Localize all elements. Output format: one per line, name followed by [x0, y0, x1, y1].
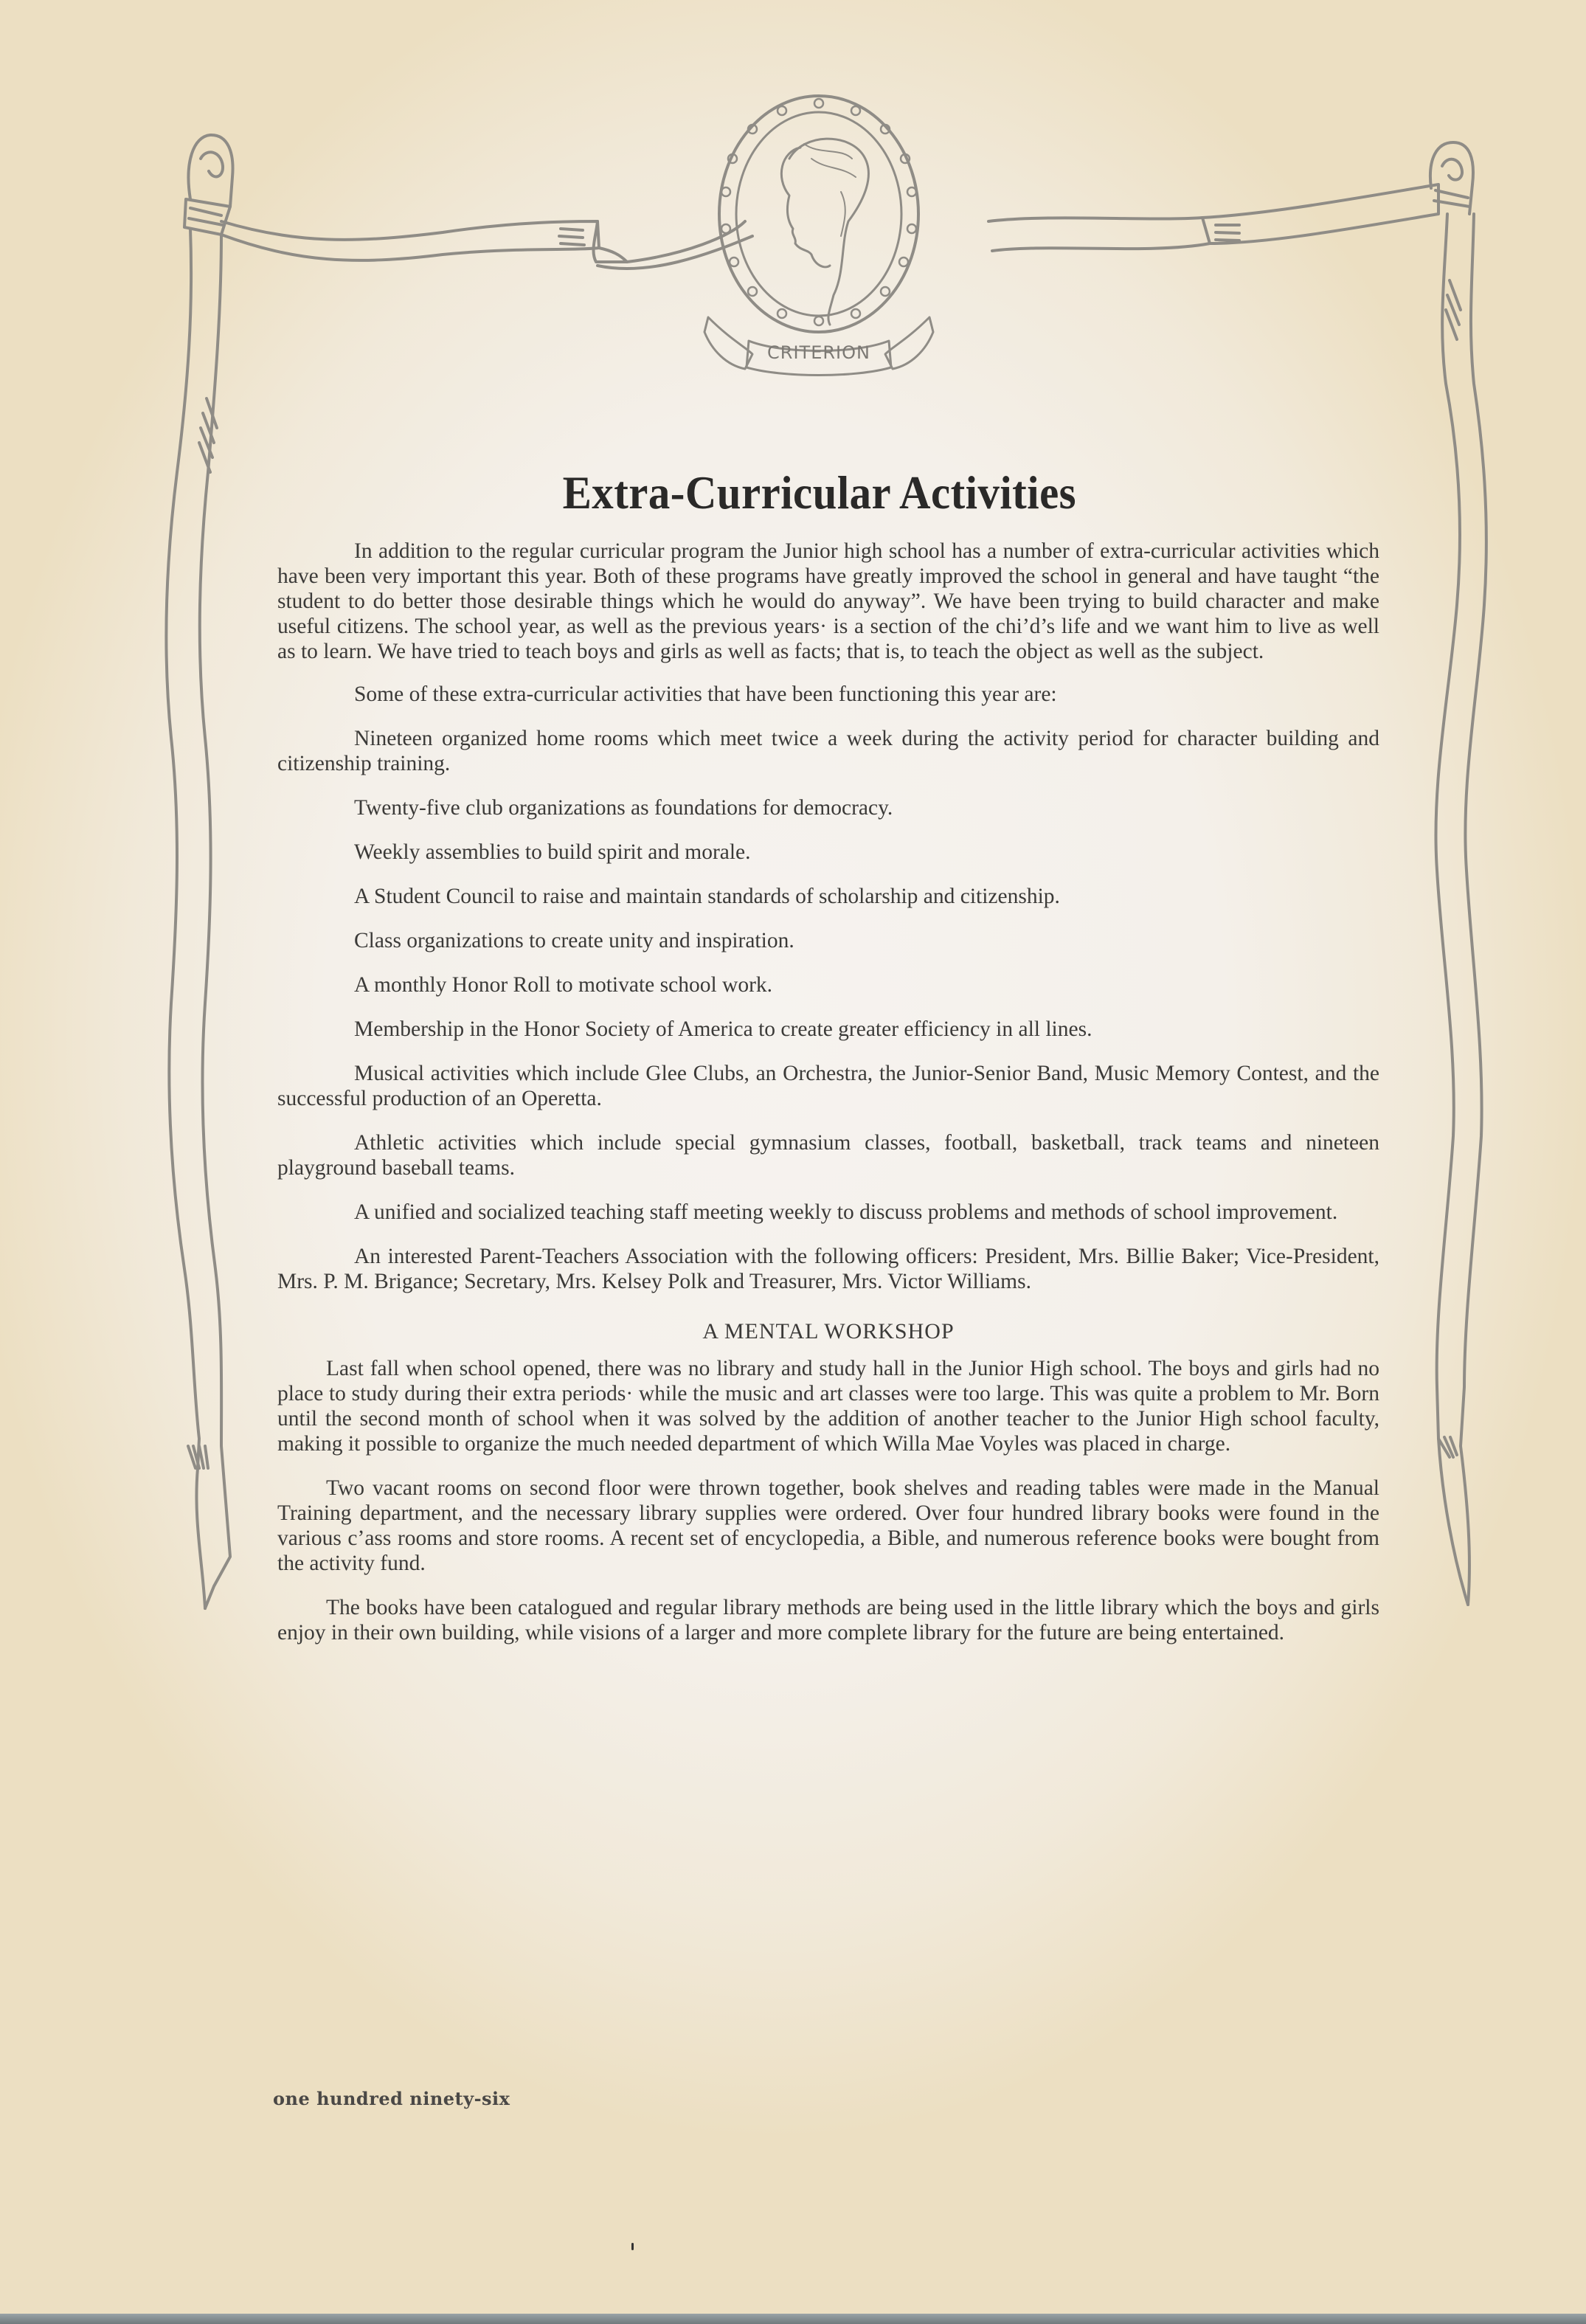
activities-list: Nineteen organized home rooms which meet…	[277, 726, 1379, 1294]
activity-item: Nineteen organized home rooms which meet…	[277, 726, 1379, 776]
workshop-paragraph: Last fall when school opened, there was …	[277, 1356, 1379, 1456]
ink-speck	[631, 2243, 634, 2250]
workshop-paragraph: Two vacant rooms on second floor were th…	[277, 1476, 1379, 1576]
emblem-banner-text: CRITERION	[749, 342, 889, 363]
activity-item: A Student Council to raise and maintain …	[277, 884, 1379, 909]
intro-paragraph: In addition to the regular curricular pr…	[277, 539, 1379, 664]
scan-edge	[0, 2314, 1586, 2324]
page-title: Extra-Curricular Activities	[66, 466, 1526, 520]
intro-paragraph: Some of these extra-curricular activitie…	[277, 682, 1379, 707]
activity-item: Weekly assemblies to build spirit and mo…	[277, 840, 1379, 865]
scroll-curl-right-icon	[1430, 142, 1473, 214]
activity-item: A monthly Honor Roll to motivate school …	[277, 972, 1379, 997]
activity-item: Membership in the Honor Society of Ameri…	[277, 1017, 1379, 1042]
activity-item: An interested Parent-Teachers Associatio…	[277, 1244, 1379, 1294]
criterion-emblem-icon	[704, 96, 933, 376]
activity-item: Athletic activities which include specia…	[277, 1130, 1379, 1180]
section-heading-mental-workshop: A MENTAL WORKSHOP	[277, 1319, 1379, 1344]
article-body: In addition to the regular curricular pr…	[277, 539, 1379, 1664]
activity-item: A unified and socialized teaching staff …	[277, 1200, 1379, 1225]
workshop-paragraph: The books have been catalogued and regul…	[277, 1595, 1379, 1645]
workshop-section: Last fall when school opened, there was …	[277, 1356, 1379, 1645]
activity-item: Musical activities which include Glee Cl…	[277, 1061, 1379, 1111]
activity-item: Class organizations to create unity and …	[277, 928, 1379, 953]
page-number-folio: one hundred ninety-six	[273, 2088, 510, 2109]
yearbook-page: CRITERION Extra-Curricular Activities In…	[0, 0, 1586, 2324]
activity-item: Twenty-five club organizations as founda…	[277, 795, 1379, 820]
scroll-curl-left-icon	[184, 135, 233, 235]
